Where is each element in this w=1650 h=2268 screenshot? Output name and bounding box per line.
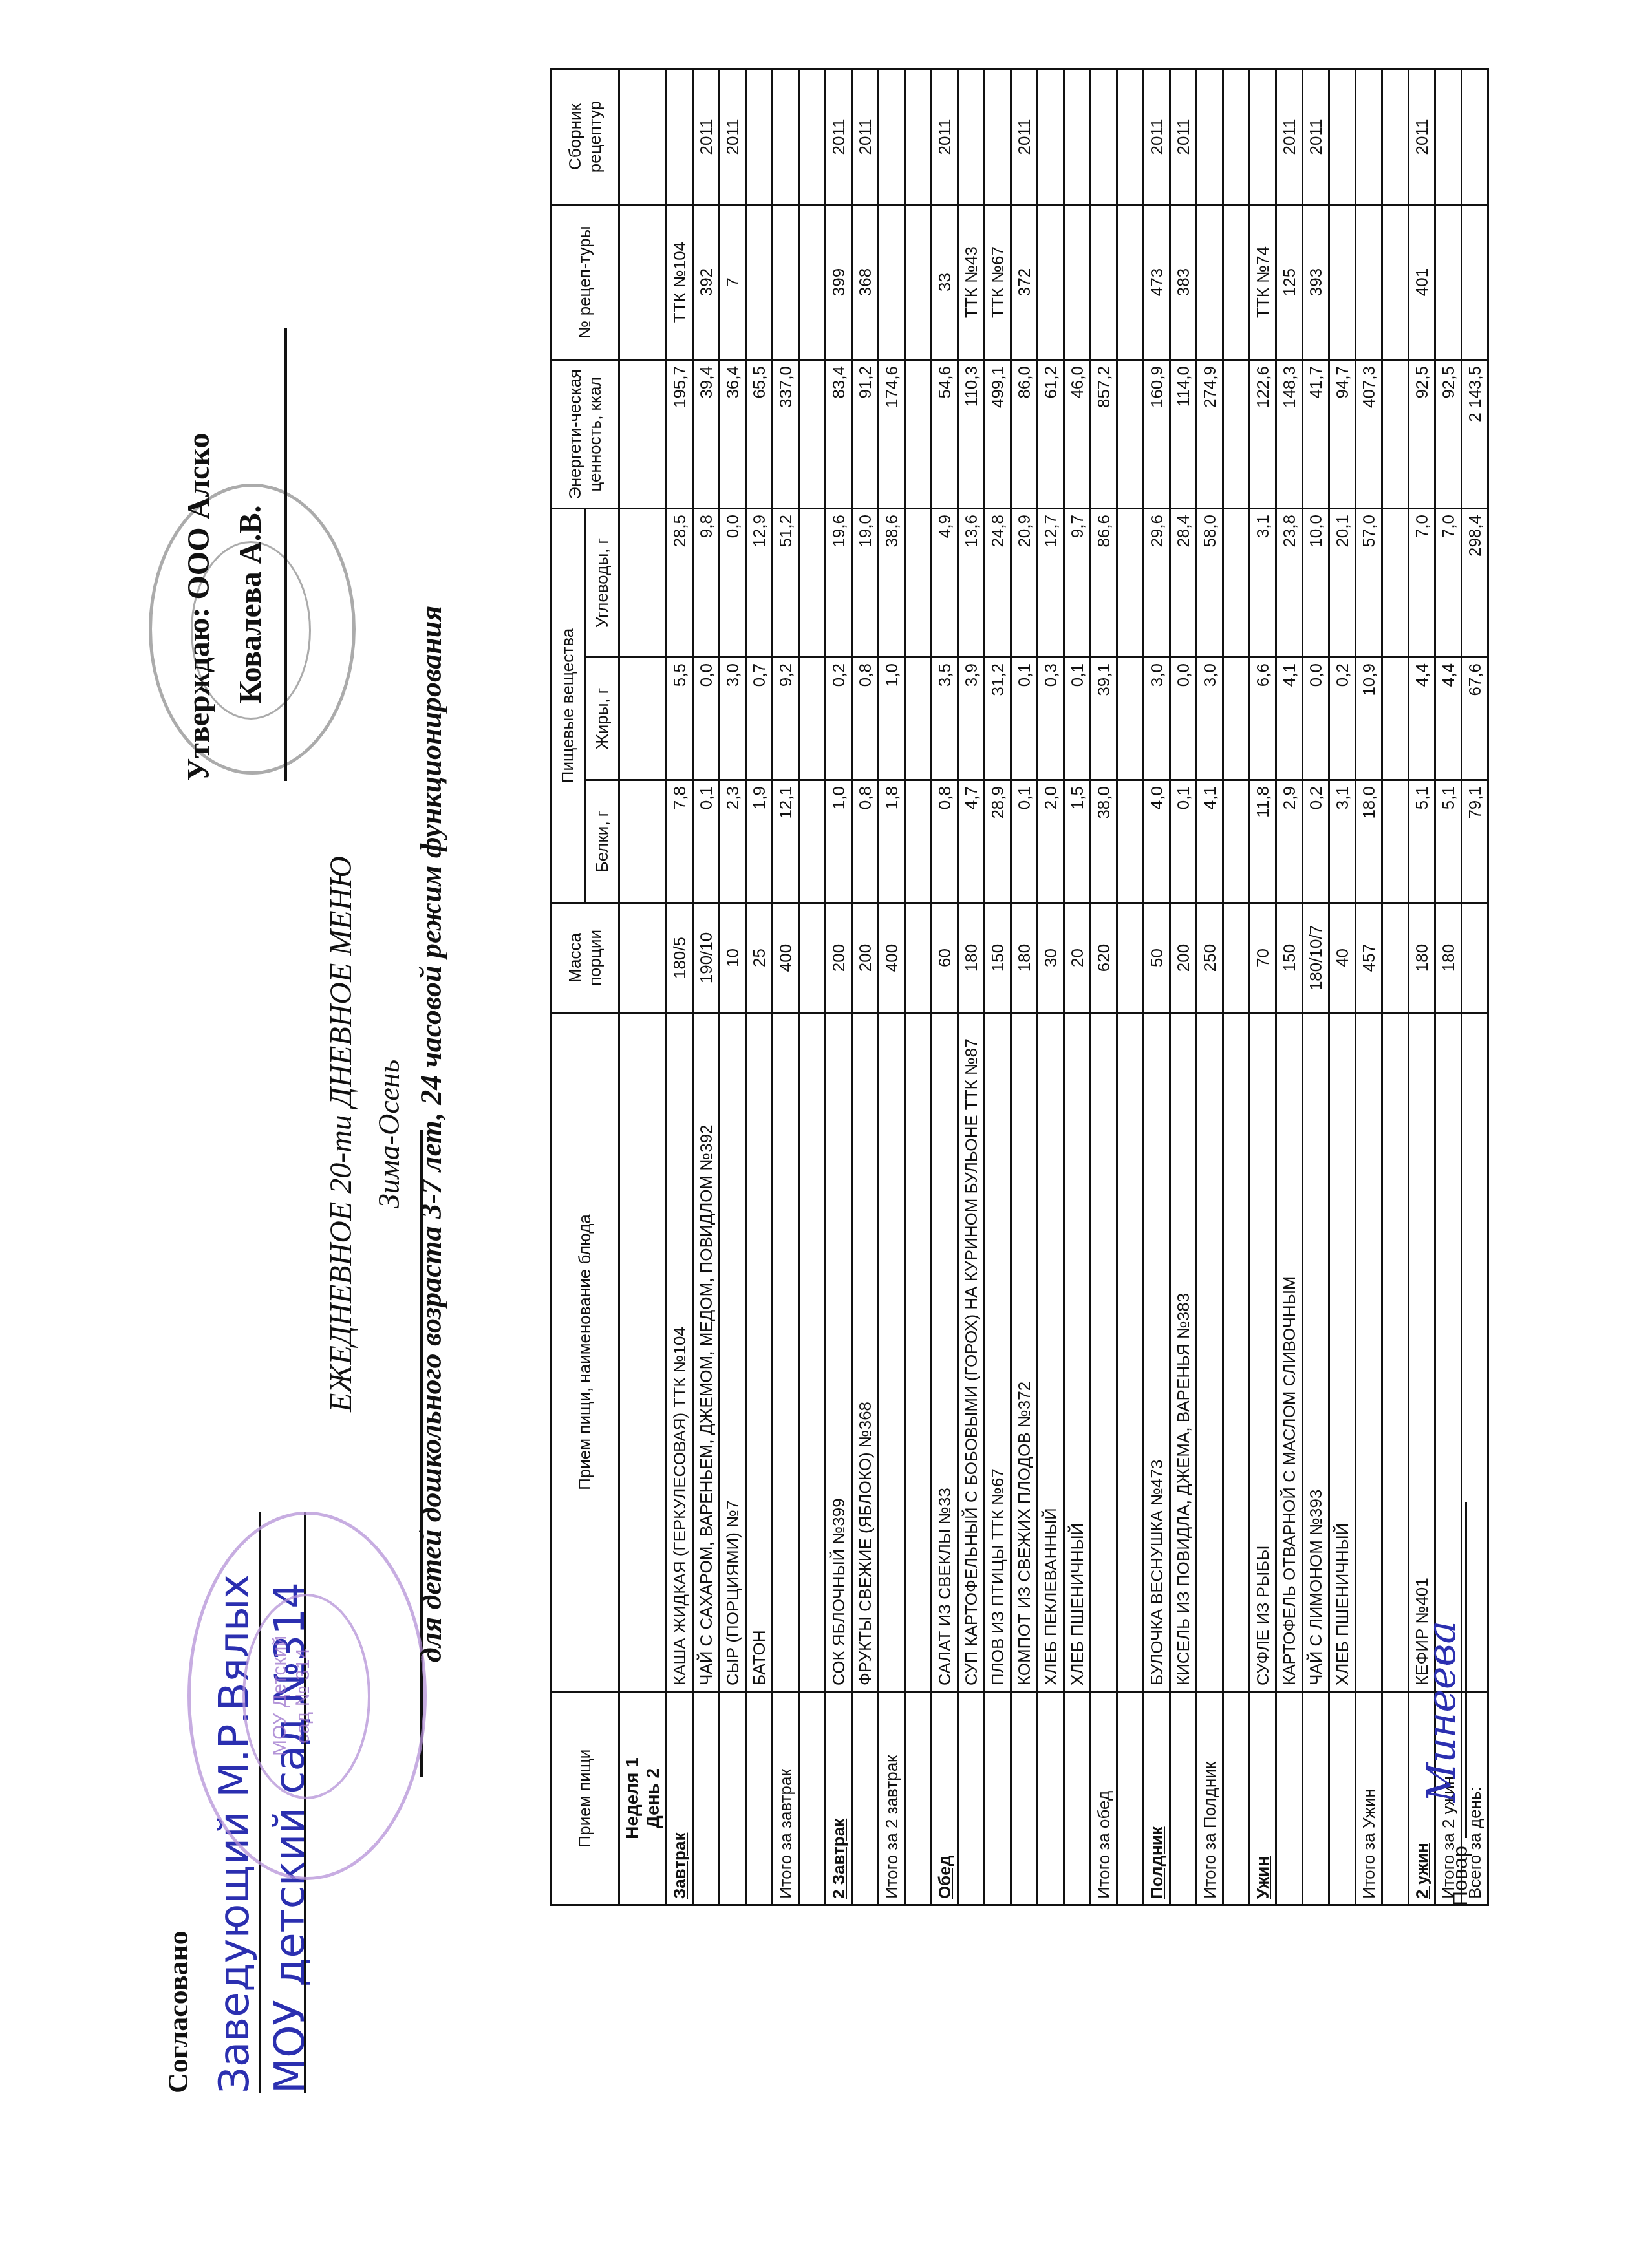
- cell-meal: [1117, 1692, 1144, 1905]
- approver-name: Ковалева А.В.: [233, 506, 268, 703]
- cell-mass: 400: [773, 903, 799, 1013]
- cell-protein: [1382, 780, 1409, 903]
- cell-dish: КИСЕЛЬ ИЗ ПОВИДЛА, ДЖЕМА, ВАРЕНЬЯ №383: [1170, 1013, 1197, 1692]
- cell-dish: СУП КАРТОФЕЛЬНЫЙ С БОБОВЫМИ (ГОРОХ) НА К…: [958, 1013, 985, 1692]
- table-row: ЧАЙ С САХАРОМ, ВАРЕНЬЕМ, ДЖЕМОМ, МЕДОМ, …: [693, 69, 720, 1905]
- cell-fat: 0,0: [1303, 658, 1329, 780]
- cell-energy: 337,0: [773, 359, 799, 508]
- cell-mass: 200: [826, 903, 852, 1013]
- cell-collection: [773, 69, 799, 204]
- cell-meal: [1011, 1692, 1038, 1905]
- cell-protein: 38,0: [1091, 780, 1117, 903]
- cell-meal: [985, 1692, 1011, 1905]
- cell-carbs: [1223, 508, 1250, 657]
- cell-mass: 60: [932, 903, 958, 1013]
- cell-fat: 0,7: [746, 658, 773, 780]
- cell-energy: 94,7: [1329, 359, 1356, 508]
- col-carbs: Углеводы, г: [585, 508, 619, 657]
- cell-dish: КОМПОТ ИЗ СВЕЖИХ ПЛОДОВ №372: [1011, 1013, 1038, 1692]
- cell-dish: [1223, 1013, 1250, 1692]
- cell-recipe-no: ТТК №67: [985, 204, 1011, 359]
- cell-protein: [1117, 780, 1144, 903]
- week-label: Неделя 1: [622, 1698, 643, 1899]
- cell-fat: [1223, 658, 1250, 780]
- cell-fat: 3,0: [1197, 658, 1223, 780]
- cell-carbs: 9,8: [693, 508, 720, 657]
- cell-dish: БАТОН: [746, 1013, 773, 1692]
- cell-energy: 83,4: [826, 359, 852, 508]
- cell-carbs: 7,0: [1435, 508, 1462, 657]
- cell-carbs: 38,6: [879, 508, 905, 657]
- cell-carbs: 9,7: [1064, 508, 1091, 657]
- col-collection: Сборник рецептур: [551, 69, 619, 204]
- cell-recipe-no: [1382, 204, 1409, 359]
- cell-protein: 0,8: [932, 780, 958, 903]
- cell-dish: СОК ЯБЛОЧНЫЙ №399: [826, 1013, 852, 1692]
- cell-meal: Итого за 2 завтрак: [879, 1692, 905, 1905]
- cell-carbs: 13,6: [958, 508, 985, 657]
- cell-dish: СУФЛЕ ИЗ РЫБЫ: [1250, 1013, 1276, 1692]
- cell-collection: [1197, 69, 1223, 204]
- col-meal: Прием пищи: [551, 1692, 619, 1905]
- col-mass: Масса порции: [551, 903, 619, 1013]
- cell-meal: Итого за завтрак: [773, 1692, 799, 1905]
- cell-recipe-no: ТТК №43: [958, 204, 985, 359]
- cell-mass: 620: [1091, 903, 1117, 1013]
- cell-collection: 2011: [1409, 69, 1435, 204]
- cell-fat: [799, 658, 826, 780]
- cell-meal: [693, 1692, 720, 1905]
- cell-meal: 2 Завтрак: [826, 1692, 852, 1905]
- table-row: ЧАЙ С ЛИМОНОМ №393180/10/70,20,010,041,7…: [1303, 69, 1329, 1905]
- cell-energy: [1117, 359, 1144, 508]
- cell-collection: [879, 69, 905, 204]
- cell-carbs: 12,7: [1038, 508, 1064, 657]
- cell-energy: 91,2: [852, 359, 879, 508]
- cell-mass: 200: [852, 903, 879, 1013]
- cell-recipe-no: [1356, 204, 1382, 359]
- cell-meal: [746, 1692, 773, 1905]
- cell-dish: [905, 1013, 932, 1692]
- cell-collection: [667, 69, 693, 204]
- table-row: БАТОН251,90,712,965,5: [746, 69, 773, 1905]
- day-label: День 2: [643, 1698, 663, 1899]
- col-nutrients: Пищевые вещества: [551, 508, 585, 903]
- cell-carbs: 10,0: [1303, 508, 1329, 657]
- table-row: ФРУКТЫ СВЕЖИЕ (ЯБЛОКО) №3682000,80,819,0…: [852, 69, 879, 1905]
- cell-energy: 2 143,5: [1462, 359, 1488, 508]
- cell-energy: 110,3: [958, 359, 985, 508]
- cell-recipe-no: [746, 204, 773, 359]
- cell-recipe-no: 399: [826, 204, 852, 359]
- cell-meal: [1329, 1692, 1356, 1905]
- cell-energy: 86,0: [1011, 359, 1038, 508]
- cell-mass: 180: [958, 903, 985, 1013]
- cell-recipe-no: [1435, 204, 1462, 359]
- cell-meal: [958, 1692, 985, 1905]
- cell-recipe-no: [1117, 204, 1144, 359]
- cell-protein: 3,1: [1329, 780, 1356, 903]
- cell-energy: 274,9: [1197, 359, 1223, 508]
- cell-dish: СЫР (ПОРЦИЯМИ) №7: [720, 1013, 746, 1692]
- cell-dish: КЕФИР №401: [1409, 1013, 1435, 1692]
- cell-mass: 200: [1170, 903, 1197, 1013]
- cell-carbs: [799, 508, 826, 657]
- table-row: ПолдникБУЛОЧКА ВЕСНУШКА №473504,03,029,6…: [1144, 69, 1170, 1905]
- cell-mass: 25: [746, 903, 773, 1013]
- cell-collection: [958, 69, 985, 204]
- cell-dish: [1197, 1013, 1223, 1692]
- table-row: СЫР (ПОРЦИЯМИ) №7102,33,00,036,472011: [720, 69, 746, 1905]
- cell-carbs: 57,0: [1356, 508, 1382, 657]
- cell-meal: [905, 1692, 932, 1905]
- cell-collection: 2011: [720, 69, 746, 204]
- cell-mass: 180/5: [667, 903, 693, 1013]
- cell-protein: [1223, 780, 1250, 903]
- cell-recipe-no: [1197, 204, 1223, 359]
- cell-fat: 10,9: [1356, 658, 1382, 780]
- audience-subtitle: для детей дошкольного возраста 3-7 лет, …: [414, 0, 448, 2268]
- cell-carbs: 51,2: [773, 508, 799, 657]
- cell-protein: 0,8: [852, 780, 879, 903]
- cell-recipe-no: [1462, 204, 1488, 359]
- cell-dish: ХЛЕБ ПШЕНИЧНЫЙ: [1329, 1013, 1356, 1692]
- cell-meal: Итого за Ужин: [1356, 1692, 1382, 1905]
- cell-energy: 36,4: [720, 359, 746, 508]
- cell-mass: 150: [1276, 903, 1303, 1013]
- cell-recipe-no: [905, 204, 932, 359]
- cell-recipe-no: 33: [932, 204, 958, 359]
- cell-dish: ПЛОВ ИЗ ПТИЦЫ ТТК №67: [985, 1013, 1011, 1692]
- cell-recipe-no: [879, 204, 905, 359]
- season-subtitle: Зима-Осень: [372, 0, 406, 2268]
- cell-carbs: 23,8: [1276, 508, 1303, 657]
- total-row: Итого за 2 завтрак4001,81,038,6174,6: [879, 69, 905, 1905]
- cell-energy: 92,5: [1435, 359, 1462, 508]
- cell-fat: 0,3: [1038, 658, 1064, 780]
- cell-dish: [1091, 1013, 1117, 1692]
- cell-protein: 0,1: [693, 780, 720, 903]
- cell-fat: 9,2: [773, 658, 799, 780]
- approve-label: Утверждаю: ООО Алско: [181, 433, 217, 781]
- cell-collection: 2011: [693, 69, 720, 204]
- cell-carbs: 20,9: [1011, 508, 1038, 657]
- cell-carbs: [1382, 508, 1409, 657]
- table-row: ЗавтракКАША ЖИДКАЯ (ГЕРКУЛЕСОВАЯ) ТТК №1…: [667, 69, 693, 1905]
- cell-dish: [1356, 1013, 1382, 1692]
- cell-protein: 12,1: [773, 780, 799, 903]
- cell-recipe-no: 392: [693, 204, 720, 359]
- col-fat: Жиры, г: [585, 658, 619, 780]
- cell-mass: 150: [985, 903, 1011, 1013]
- cell-carbs: 4,9: [932, 508, 958, 657]
- total-row: Итого за завтрак40012,19,251,2337,0: [773, 69, 799, 1905]
- cell-recipe-no: 125: [1276, 204, 1303, 359]
- cell-protein: 2,9: [1276, 780, 1303, 903]
- cell-collection: [985, 69, 1011, 204]
- cell-dish: ЧАЙ С ЛИМОНОМ №393: [1303, 1013, 1329, 1692]
- cell-meal: Ужин: [1250, 1692, 1276, 1905]
- cell-mass: 10: [720, 903, 746, 1013]
- cell-recipe-no: [1038, 204, 1064, 359]
- spacer-row: [905, 69, 932, 1905]
- cell-protein: 79,1: [1462, 780, 1488, 903]
- cell-protein: 0,1: [1170, 780, 1197, 903]
- cell-recipe-no: [1091, 204, 1117, 359]
- cell-meal: Итого за обед: [1091, 1692, 1117, 1905]
- cell-carbs: 19,6: [826, 508, 852, 657]
- cell-mass: [799, 903, 826, 1013]
- cell-energy: [1223, 359, 1250, 508]
- cell-dish: [1117, 1013, 1144, 1692]
- cell-collection: [799, 69, 826, 204]
- cell-mass: 180: [1011, 903, 1038, 1013]
- cell-collection: [1356, 69, 1382, 204]
- cell-carbs: 7,0: [1409, 508, 1435, 657]
- cell-meal: [1064, 1692, 1091, 1905]
- cell-recipe-no: ТТК №104: [667, 204, 693, 359]
- cell-energy: 407,3: [1356, 359, 1382, 508]
- table-row: 2 ЗавтракСОК ЯБЛОЧНЫЙ №3992001,00,219,68…: [826, 69, 852, 1905]
- cell-dish: ЧАЙ С САХАРОМ, ВАРЕНЬЕМ, ДЖЕМОМ, МЕДОМ, …: [693, 1013, 720, 1692]
- cell-protein: 1,8: [879, 780, 905, 903]
- total-row: Итого за Полдник2504,13,058,0274,9: [1197, 69, 1223, 1905]
- cell-carbs: 58,0: [1197, 508, 1223, 657]
- cell-mass: 180: [1409, 903, 1435, 1013]
- cell-collection: 2011: [852, 69, 879, 204]
- cell-meal: [1038, 1692, 1064, 1905]
- cell-mass: [1462, 903, 1488, 1013]
- cell-fat: 39,1: [1091, 658, 1117, 780]
- cell-carbs: 0,0: [720, 508, 746, 657]
- cell-collection: 2011: [932, 69, 958, 204]
- cell-fat: 31,2: [985, 658, 1011, 780]
- cell-mass: [905, 903, 932, 1013]
- cell-mass: [1382, 903, 1409, 1013]
- cell-fat: 3,9: [958, 658, 985, 780]
- cell-recipe-no: 7: [720, 204, 746, 359]
- cell-collection: [1329, 69, 1356, 204]
- cell-protein: 5,1: [1409, 780, 1435, 903]
- cell-collection: 2011: [1276, 69, 1303, 204]
- cell-meal: [1382, 1692, 1409, 1905]
- cell-dish: [773, 1013, 799, 1692]
- table-row: ХЛЕБ ПШЕНИЧНЫЙ403,10,220,194,7: [1329, 69, 1356, 1905]
- cell-fat: 0,2: [1329, 658, 1356, 780]
- cell-dish: [1382, 1013, 1409, 1692]
- cell-protein: 1,5: [1064, 780, 1091, 903]
- cell-recipe-no: [1223, 204, 1250, 359]
- cell-carbs: [1117, 508, 1144, 657]
- cell-energy: 92,5: [1409, 359, 1435, 508]
- cell-carbs: 28,4: [1170, 508, 1197, 657]
- cell-recipe-no: [1329, 204, 1356, 359]
- cell-collection: 2011: [1144, 69, 1170, 204]
- cell-energy: 61,2: [1038, 359, 1064, 508]
- cell-energy: 160,9: [1144, 359, 1170, 508]
- agreed-label: Согласовано: [162, 1931, 195, 2093]
- cell-meal: Обед: [932, 1692, 958, 1905]
- spacer-row: [1223, 69, 1250, 1905]
- table-row: ХЛЕБ ПШЕНИЧНЫЙ201,50,19,746,0: [1064, 69, 1091, 1905]
- cell-energy: 46,0: [1064, 359, 1091, 508]
- cell-mass: 250: [1197, 903, 1223, 1013]
- col-protein: Белки, г: [585, 780, 619, 903]
- cell-fat: 0,0: [693, 658, 720, 780]
- cell-energy: 114,0: [1170, 359, 1197, 508]
- cell-fat: [1117, 658, 1144, 780]
- cell-carbs: 19,0: [852, 508, 879, 657]
- total-row: Итого за Ужин45718,010,957,0407,3: [1356, 69, 1382, 1905]
- cell-protein: 0,1: [1011, 780, 1038, 903]
- total-row: Итого за обед62038,039,186,6857,2: [1091, 69, 1117, 1905]
- table-row: ХЛЕБ ПЕКЛЕВАННЫЙ302,00,312,761,2: [1038, 69, 1064, 1905]
- cell-dish: ХЛЕБ ПШЕНИЧНЫЙ: [1064, 1013, 1091, 1692]
- cell-fat: [905, 658, 932, 780]
- cell-protein: 7,8: [667, 780, 693, 903]
- cell-recipe-no: 393: [1303, 204, 1329, 359]
- week-day-row: Неделя 1 День 2: [619, 69, 667, 1905]
- cell-mass: [1223, 903, 1250, 1013]
- cell-mass: 180/10/7: [1303, 903, 1329, 1013]
- cell-energy: 41,7: [1303, 359, 1329, 508]
- cook-signature: Минеева: [1419, 1621, 1464, 1803]
- cell-protein: 4,0: [1144, 780, 1170, 903]
- cell-fat: 5,5: [667, 658, 693, 780]
- cell-carbs: 29,6: [1144, 508, 1170, 657]
- cell-fat: 0,1: [1064, 658, 1091, 780]
- col-dish: Прием пищи, наименование блюда: [551, 1013, 619, 1692]
- cell-carbs: 86,6: [1091, 508, 1117, 657]
- cell-carbs: 3,1: [1250, 508, 1276, 657]
- stamp-text: МОУ Детский сад № 314: [268, 1631, 315, 1760]
- cell-protein: 11,8: [1250, 780, 1276, 903]
- table-row: КИСЕЛЬ ИЗ ПОВИДЛА, ДЖЕМА, ВАРЕНЬЯ №38320…: [1170, 69, 1197, 1905]
- cell-mass: 20: [1064, 903, 1091, 1013]
- cell-energy: 39,4: [693, 359, 720, 508]
- cell-protein: 28,9: [985, 780, 1011, 903]
- cell-fat: [1382, 658, 1409, 780]
- cell-dish: КАША ЖИДКАЯ (ГЕРКУЛЕСОВАЯ) ТТК №104: [667, 1013, 693, 1692]
- cell-meal: [1223, 1692, 1250, 1905]
- cell-energy: 857,2: [1091, 359, 1117, 508]
- cell-collection: [1064, 69, 1091, 204]
- signature-line: [1465, 1502, 1467, 1838]
- cell-collection: [1435, 69, 1462, 204]
- cell-energy: 499,1: [985, 359, 1011, 508]
- cell-recipe-no: 473: [1144, 204, 1170, 359]
- cell-dish: ФРУКТЫ СВЕЖИЕ (ЯБЛОКО) №368: [852, 1013, 879, 1692]
- cell-meal: [852, 1692, 879, 1905]
- cell-fat: 4,1: [1276, 658, 1303, 780]
- cell-mass: 40: [1329, 903, 1356, 1013]
- cell-recipe-no: ТТК №74: [1250, 204, 1276, 359]
- cell-collection: 2011: [1011, 69, 1038, 204]
- table-row: СУП КАРТОФЕЛЬНЫЙ С БОБОВЫМИ (ГОРОХ) НА К…: [958, 69, 985, 1905]
- document-title: ЕЖЕДНЕВНОЕ 20-ти ДНЕВНОЕ МЕНЮ: [323, 0, 359, 2268]
- cell-recipe-no: 372: [1011, 204, 1038, 359]
- cell-mass: 457: [1356, 903, 1382, 1013]
- cell-recipe-no: 401: [1409, 204, 1435, 359]
- cell-dish: САЛАТ ИЗ СВЕКЛЫ №33: [932, 1013, 958, 1692]
- cell-collection: 2011: [826, 69, 852, 204]
- cell-dish: КАРТОФЕЛЬ ОТВАРНОЙ С МАСЛОМ СЛИВОЧНЫМ: [1276, 1013, 1303, 1692]
- cell-meal: [1303, 1692, 1329, 1905]
- cell-fat: 0,0: [1170, 658, 1197, 780]
- cell-recipe-no: 383: [1170, 204, 1197, 359]
- cell-mass: 400: [879, 903, 905, 1013]
- cell-dish: ХЛЕБ ПЕКЛЕВАННЫЙ: [1038, 1013, 1064, 1692]
- col-recipe-no: № рецеп-туры: [551, 204, 619, 359]
- cell-protein: 4,1: [1197, 780, 1223, 903]
- table-row: КАРТОФЕЛЬ ОТВАРНОЙ С МАСЛОМ СЛИВОЧНЫМ150…: [1276, 69, 1303, 1905]
- cell-meal: Полдник: [1144, 1692, 1170, 1905]
- cell-carbs: 20,1: [1329, 508, 1356, 657]
- cell-energy: 174,6: [879, 359, 905, 508]
- cell-energy: [799, 359, 826, 508]
- cell-energy: [1382, 359, 1409, 508]
- cell-fat: 4,4: [1409, 658, 1435, 780]
- cell-protein: 1,9: [746, 780, 773, 903]
- cell-collection: [746, 69, 773, 204]
- cell-protein: [905, 780, 932, 903]
- cell-recipe-no: [773, 204, 799, 359]
- cell-collection: [1382, 69, 1409, 204]
- cell-carbs: 298,4: [1462, 508, 1488, 657]
- cell-energy: 195,7: [667, 359, 693, 508]
- table-row: КОМПОТ ИЗ СВЕЖИХ ПЛОДОВ №3721800,10,120,…: [1011, 69, 1038, 1905]
- cell-protein: 1,0: [826, 780, 852, 903]
- cell-protein: 2,0: [1038, 780, 1064, 903]
- cell-fat: 1,0: [879, 658, 905, 780]
- cell-collection: [1223, 69, 1250, 204]
- cell-fat: 0,1: [1011, 658, 1038, 780]
- cell-meal: [720, 1692, 746, 1905]
- cell-meal: [799, 1692, 826, 1905]
- cell-collection: [1117, 69, 1144, 204]
- cell-carbs: 24,8: [985, 508, 1011, 657]
- cook-label: Повар: [1448, 1846, 1472, 1906]
- cell-recipe-no: [799, 204, 826, 359]
- cell-energy: 54,6: [932, 359, 958, 508]
- cell-energy: 148,3: [1276, 359, 1303, 508]
- cell-mass: [1117, 903, 1144, 1013]
- cell-collection: [1091, 69, 1117, 204]
- cell-meal: Итого за Полдник: [1197, 1692, 1223, 1905]
- cell-fat: 67,6: [1462, 658, 1488, 780]
- cell-collection: [905, 69, 932, 204]
- cell-energy: [905, 359, 932, 508]
- cell-dish: БУЛОЧКА ВЕСНУШКА №473: [1144, 1013, 1170, 1692]
- cell-fat: 4,4: [1435, 658, 1462, 780]
- spacer-row: [1117, 69, 1144, 1905]
- cell-protein: [799, 780, 826, 903]
- cell-collection: 2011: [1170, 69, 1197, 204]
- cell-mass: 70: [1250, 903, 1276, 1013]
- cell-collection: [1038, 69, 1064, 204]
- cell-protein: 5,1: [1435, 780, 1462, 903]
- menu-table: Прием пищи Прием пищи, наименование блюд…: [550, 68, 1489, 1906]
- cell-recipe-no: 368: [852, 204, 879, 359]
- table-row: ПЛОВ ИЗ ПТИЦЫ ТТК №6715028,931,224,8499,…: [985, 69, 1011, 1905]
- cell-recipe-no: [1064, 204, 1091, 359]
- cell-collection: 2011: [1303, 69, 1329, 204]
- spacer-row: [799, 69, 826, 1905]
- cell-energy: 122,6: [1250, 359, 1276, 508]
- cell-mass: 190/10: [693, 903, 720, 1013]
- cell-energy: 65,5: [746, 359, 773, 508]
- cell-carbs: 28,5: [667, 508, 693, 657]
